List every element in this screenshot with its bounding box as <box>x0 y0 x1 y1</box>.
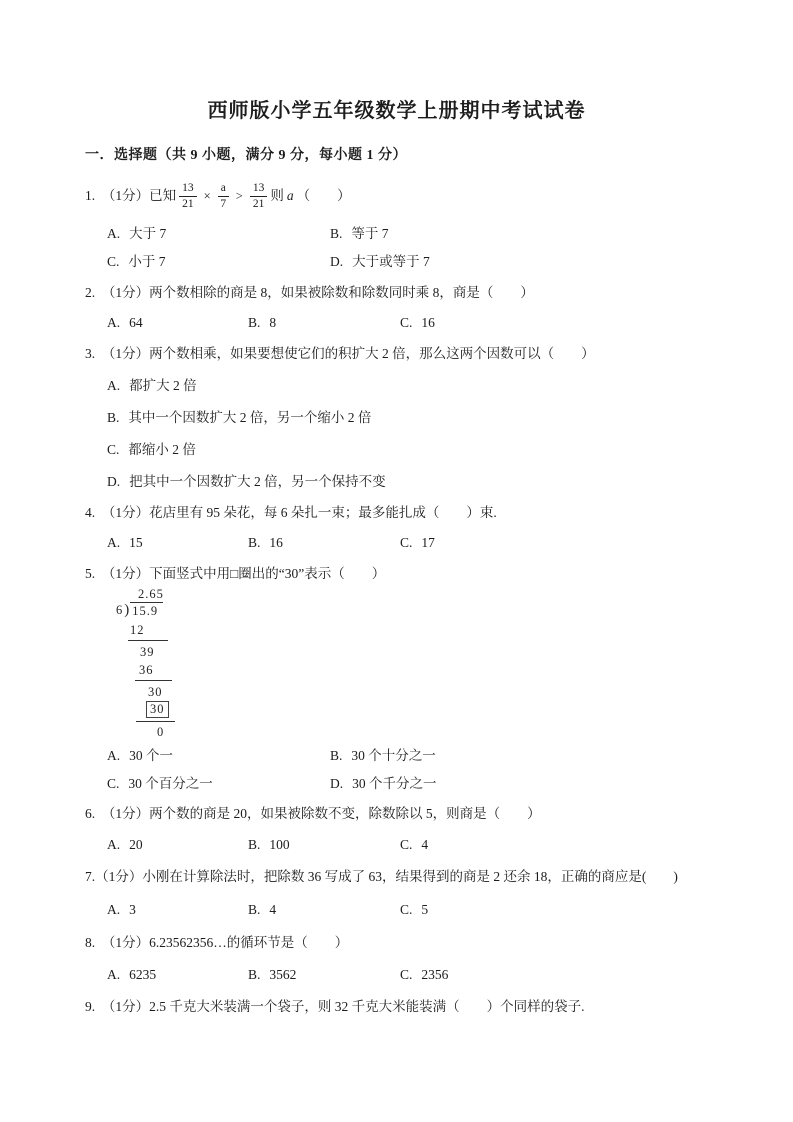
division-step-39: 39 <box>140 644 753 660</box>
question-5-option-a: A.30 个一 <box>107 747 330 765</box>
question-5-stem: 5. （1分）下面竖式中用□圈出的“30”表示（ ） <box>85 565 753 583</box>
question-4-option-b: B.16 <box>248 534 400 552</box>
question-7-option-b: B.4 <box>248 901 400 919</box>
division-rule-line <box>136 721 175 722</box>
division-divisor-dividend: 6)15.9 <box>115 602 753 619</box>
division-remainder-0: 0 <box>157 724 753 740</box>
question-5-options-row-2: C.30 个百分之一 D.30 个千分之一 <box>85 775 753 793</box>
question-2: 2. （1分）两个数相除的商是 8，如果被除数和除数同时乘 8，商是（ ） A.… <box>85 284 753 332</box>
option-label: D. <box>330 253 343 271</box>
division-step-30: 30 <box>148 684 753 700</box>
option-text: 30 个百分之一 <box>128 775 212 793</box>
question-1-options-row-2: C.小于 7 D.大于或等于 7 <box>85 253 753 271</box>
fraction-13-21-right: 1321 <box>250 182 268 211</box>
question-5-option-b: B.30 个十分之一 <box>330 747 436 765</box>
question-1-pre-text: 1. （1分）已知 <box>85 187 176 205</box>
option-label: B. <box>330 225 342 243</box>
option-text: 6235 <box>129 966 156 984</box>
option-text: 小于 7 <box>128 253 165 271</box>
option-label: C. <box>107 441 119 459</box>
question-7-options: A.3 B.4 C.5 <box>85 901 753 919</box>
question-5: 5. （1分）下面竖式中用□圈出的“30”表示（ ） 2.65 6)15.9 1… <box>85 565 753 793</box>
variable-a: a <box>287 187 294 205</box>
option-text: 4 <box>269 901 276 919</box>
option-text: 4 <box>421 836 428 854</box>
question-1-post-text: 则 <box>270 187 284 205</box>
question-6-option-b: B.100 <box>248 836 400 854</box>
option-text: 30 个十分之一 <box>351 747 435 765</box>
option-text: 8 <box>269 314 276 332</box>
question-8-options: A.6235 B.3562 C.2356 <box>85 966 753 984</box>
question-5-options-row-1: A.30 个一 B.30 个十分之一 <box>85 747 753 765</box>
option-text: 大于或等于 7 <box>352 253 430 271</box>
option-text: 都扩大 2 倍 <box>129 377 197 395</box>
question-7-option-c: C.5 <box>400 901 428 919</box>
fraction-denominator: 21 <box>182 197 194 211</box>
option-text: 30 个一 <box>129 747 173 765</box>
option-label: B. <box>107 409 119 427</box>
option-label: C. <box>107 775 119 793</box>
division-step-36: 36 <box>139 662 753 678</box>
question-3-option-c: C.都缩小 2 倍 <box>85 441 753 459</box>
page-title: 西师版小学五年级数学上册期中考试试卷 <box>85 98 708 124</box>
option-label: A. <box>107 966 120 984</box>
option: A.都扩大 2 倍 <box>107 377 197 395</box>
option-text: 16 <box>421 314 435 332</box>
question-9: 9. （1分）2.5 千克大米装满一个袋子，则 32 千克大米能装满（ ）个同样… <box>85 998 753 1016</box>
long-division-diagram: 2.65 6)15.9 12 39 36 30 30 0 <box>115 586 753 740</box>
fraction-denominator: 21 <box>253 197 265 211</box>
option-text: 20 <box>129 836 143 854</box>
question-7: 7.（1分）小刚在计算除法时，把除数 36 写成了 63，结果得到的商是 2 还… <box>85 868 753 919</box>
option-label: B. <box>248 534 260 552</box>
option-text: 30 个千分之一 <box>352 775 436 793</box>
option-label: A. <box>107 377 120 395</box>
division-step-12: 12 <box>130 622 753 638</box>
question-3-stem: 3. （1分）两个数相乘，如果要想使它们的积扩大 2 倍，那么这两个因数可以（ … <box>85 345 753 363</box>
question-1-option-a: A.大于 7 <box>107 225 330 243</box>
option: B.其中一个因数扩大 2 倍，另一个缩小 2 倍 <box>107 409 371 427</box>
question-1-option-d: D.大于或等于 7 <box>330 253 430 271</box>
question-5-option-d: D.30 个千分之一 <box>330 775 437 793</box>
option-label: C. <box>400 966 412 984</box>
division-boxed-row: 30 <box>146 701 753 718</box>
option-text: 其中一个因数扩大 2 倍，另一个缩小 2 倍 <box>128 409 371 427</box>
question-3-option-d: D.把其中一个因数扩大 2 倍，另一个保持不变 <box>85 473 753 491</box>
question-7-option-a: A.3 <box>107 901 248 919</box>
option-text: 3 <box>129 901 136 919</box>
option-label: C. <box>400 836 412 854</box>
option-label: D. <box>330 775 343 793</box>
question-8-option-a: A.6235 <box>107 966 248 984</box>
option-label: A. <box>107 747 120 765</box>
question-4: 4. （1分）花店里有 95 朵花，每 6 朵扎一束；最多能扎成（ ）束. A.… <box>85 504 753 552</box>
question-6-stem: 6. （1分）两个数的商是 20，如果被除数不变，除数除以 5，则商是（ ） <box>85 805 753 823</box>
option-label: A. <box>107 534 120 552</box>
division-rule-line <box>128 640 168 641</box>
option-text: 等于 7 <box>351 225 388 243</box>
option-text: 64 <box>129 314 143 332</box>
option-label: B. <box>330 747 342 765</box>
question-4-options: A.15 B.16 C.17 <box>85 534 753 552</box>
option-text: 5 <box>421 901 428 919</box>
question-3: 3. （1分）两个数相乘，如果要想使它们的积扩大 2 倍，那么这两个因数可以（ … <box>85 345 753 491</box>
option-text: 15 <box>129 534 143 552</box>
section-header: 一．选择题（共 9 小题，满分 9 分，每小题 1 分） <box>85 146 753 166</box>
fraction-denominator: 7 <box>220 197 226 211</box>
question-2-option-a: A.64 <box>107 314 248 332</box>
option-text: 大于 7 <box>129 225 166 243</box>
question-7-stem: 7.（1分）小刚在计算除法时，把除数 36 写成了 63，结果得到的商是 2 还… <box>85 868 753 886</box>
option-label: C. <box>400 534 412 552</box>
option: C.都缩小 2 倍 <box>107 441 196 459</box>
question-6: 6. （1分）两个数的商是 20，如果被除数不变，除数除以 5，则商是（ ） A… <box>85 805 753 854</box>
question-8-option-b: B.3562 <box>248 966 400 984</box>
question-4-stem: 4. （1分）花店里有 95 朵花，每 6 朵扎一束；最多能扎成（ ）束. <box>85 504 753 522</box>
question-4-option-a: A.15 <box>107 534 248 552</box>
question-1-options-row-1: A.大于 7 B.等于 7 <box>85 225 753 243</box>
division-rule-line <box>135 680 172 681</box>
option-label: D. <box>107 473 120 491</box>
option-label: B. <box>248 836 260 854</box>
question-5-option-c: C.30 个百分之一 <box>107 775 330 793</box>
option-text: 3562 <box>269 966 296 984</box>
option-label: B. <box>248 314 260 332</box>
multiply-sign: × <box>204 187 211 205</box>
question-6-option-c: C.4 <box>400 836 428 854</box>
option-text: 17 <box>421 534 435 552</box>
question-1: 1. （1分）已知 1321 × a7 > 1321 则 a （ ） A.大于 … <box>85 179 753 271</box>
question-1-stem: 1. （1分）已知 1321 × a7 > 1321 则 a （ ） <box>85 179 753 213</box>
question-8: 8. （1分）6.23562356…的循环节是（ ） A.6235 B.3562… <box>85 934 753 984</box>
option-label: A. <box>107 836 120 854</box>
question-2-option-b: B.8 <box>248 314 400 332</box>
fraction-numerator: a <box>218 182 229 197</box>
question-1-blank-parens: （ ） <box>297 187 351 205</box>
division-quotient: 2.65 <box>138 586 753 602</box>
question-2-option-c: C.16 <box>400 314 435 332</box>
fraction-13-21-left: 1321 <box>179 182 197 211</box>
question-2-options: A.64 B.8 C.16 <box>85 314 753 332</box>
option-text: 把其中一个因数扩大 2 倍，另一个保持不变 <box>129 473 386 491</box>
division-dividend: 15.9 <box>130 602 163 619</box>
division-divisor: 6 <box>116 602 123 618</box>
question-6-option-a: A.20 <box>107 836 248 854</box>
question-3-option-b: B.其中一个因数扩大 2 倍，另一个缩小 2 倍 <box>85 409 753 427</box>
exam-paper-page: 西师版小学五年级数学上册期中考试试卷 一．选择题（共 9 小题，满分 9 分，每… <box>0 0 793 1122</box>
question-8-option-c: C.2356 <box>400 966 448 984</box>
option-label: C. <box>107 253 119 271</box>
option-text: 16 <box>269 534 283 552</box>
question-4-option-c: C.17 <box>400 534 435 552</box>
fraction-numerator: 13 <box>179 182 197 197</box>
option-text: 2356 <box>421 966 448 984</box>
option-label: B. <box>248 966 260 984</box>
option-label: B. <box>248 901 260 919</box>
option-label: A. <box>107 225 120 243</box>
option-text: 都缩小 2 倍 <box>128 441 196 459</box>
exam-content: 西师版小学五年级数学上册期中考试试卷 一．选择题（共 9 小题，满分 9 分，每… <box>0 0 793 1016</box>
option: D.把其中一个因数扩大 2 倍，另一个保持不变 <box>107 473 386 491</box>
question-3-option-a: A.都扩大 2 倍 <box>85 377 753 395</box>
fraction-numerator: 13 <box>250 182 268 197</box>
option-label: C. <box>400 314 412 332</box>
option-label: C. <box>400 901 412 919</box>
question-2-stem: 2. （1分）两个数相除的商是 8，如果被除数和除数同时乘 8，商是（ ） <box>85 284 753 302</box>
question-6-options: A.20 B.100 C.4 <box>85 836 753 854</box>
question-8-stem: 8. （1分）6.23562356…的循环节是（ ） <box>85 934 753 952</box>
question-9-stem: 9. （1分）2.5 千克大米装满一个袋子，则 32 千克大米能装满（ ）个同样… <box>85 998 753 1016</box>
option-label: A. <box>107 901 120 919</box>
boxed-30-highlight: 30 <box>146 701 169 718</box>
question-1-option-b: B.等于 7 <box>330 225 389 243</box>
fraction-a-7: a7 <box>218 182 229 211</box>
option-text: 100 <box>269 836 289 854</box>
greater-than-sign: > <box>236 187 243 205</box>
question-1-option-c: C.小于 7 <box>107 253 330 271</box>
option-label: A. <box>107 314 120 332</box>
